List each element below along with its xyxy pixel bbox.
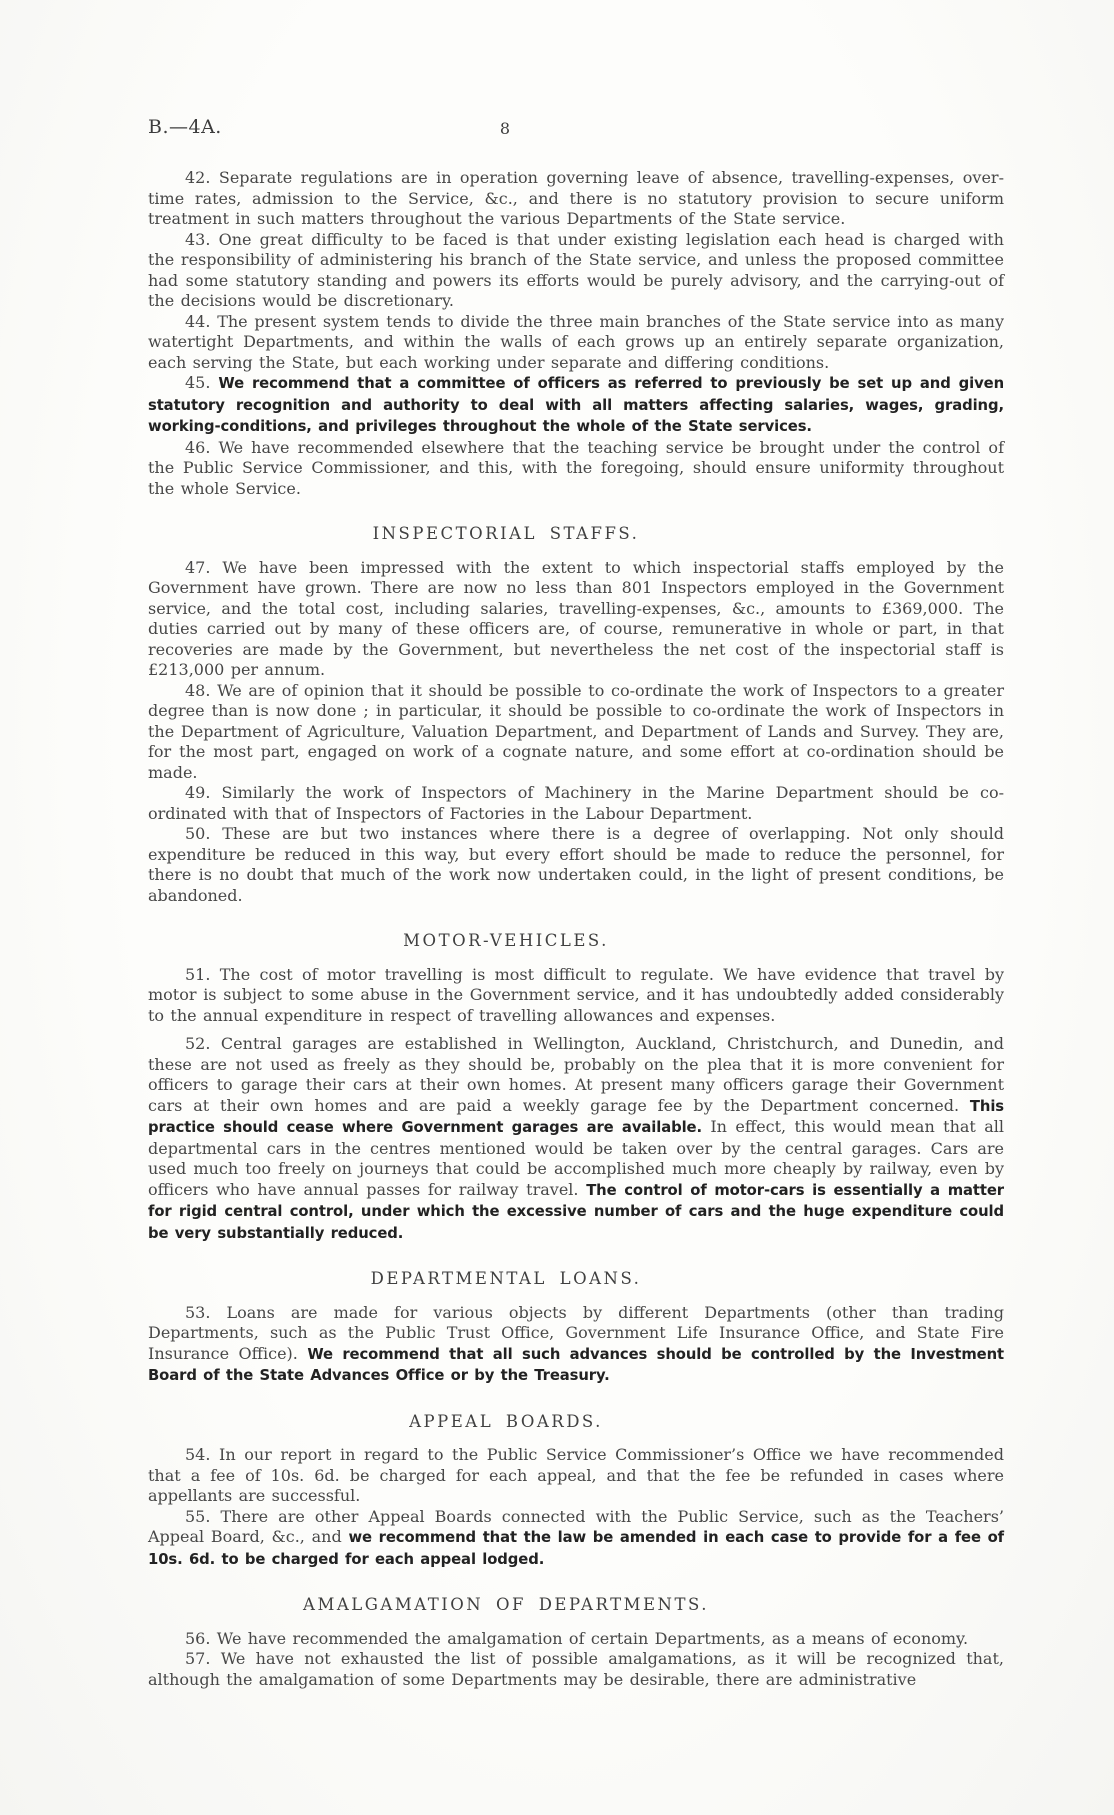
paragraph-50: 50. These are but two instances where th… [148, 824, 1004, 906]
paragraph-53: 53. Loans are made for various objects b… [148, 1303, 1004, 1387]
document-page: B.—4A. 8 42. Separate regulations are in… [0, 0, 1114, 1815]
paragraph-46: 46. We have recommended elsewhere that t… [148, 438, 1004, 500]
body-text: 44. The present system tends to divide t… [148, 312, 1004, 372]
body-text: 51. The cost of motor travelling is most… [148, 965, 1004, 1025]
paragraph-56: 56. We have recommended the amalgamation… [148, 1629, 1004, 1650]
paragraph-54: 54. In our report in regard to the Publi… [148, 1445, 1004, 1507]
body-text: 52. Central garages are established in W… [148, 1034, 1004, 1115]
paragraph-47: 47. We have been impressed with the exte… [148, 558, 1004, 681]
paragraph-49: 49. Similarly the work of Inspectors of … [148, 783, 1004, 824]
section-heading-inspectorial-staffs: INSPECTORIAL STAFFS. [78, 524, 934, 545]
body-text: 42. Separate regulations are in operatio… [148, 168, 1004, 228]
body-text: 48. We are of opinion that it should be … [148, 681, 1004, 782]
paragraph-57: 57. We have not exhausted the list of po… [148, 1649, 1004, 1690]
paragraph-43: 43. One great difficulty to be faced is … [148, 230, 1004, 312]
body-text: 45. [185, 373, 218, 392]
body-text: 50. These are but two instances where th… [148, 824, 1004, 905]
section-heading-motor-vehicles: MOTOR-VEHICLES. [78, 931, 934, 952]
body-text: 56. We have recommended the amalgamation… [185, 1629, 968, 1648]
paragraph-52: 52. Central garages are established in W… [148, 1034, 1004, 1244]
bold-recommendation-text: We recommend that a committee of officer… [148, 375, 1004, 435]
paragraph-44: 44. The present system tends to divide t… [148, 312, 1004, 374]
body-text: 46. We have recommended elsewhere that t… [148, 438, 1004, 498]
body-text: 57. We have not exhausted the list of po… [148, 1649, 1004, 1689]
paragraph-48: 48. We are of opinion that it should be … [148, 681, 1004, 784]
section-heading-appeal-boards: APPEAL BOARDS. [78, 1412, 934, 1433]
paragraph-55: 55. There are other Appeal Boards connec… [148, 1507, 1004, 1571]
document-body: 42. Separate regulations are in operatio… [148, 168, 1004, 1690]
section-heading-departmental-loans: DEPARTMENTAL LOANS. [78, 1269, 934, 1290]
paragraph-42: 42. Separate regulations are in operatio… [148, 168, 1004, 230]
body-text: 54. In our report in regard to the Publi… [148, 1445, 1004, 1505]
body-text: 43. One great difficulty to be faced is … [148, 230, 1004, 311]
page-header: B.—4A. 8 [148, 116, 1004, 146]
paragraph-51: 51. The cost of motor travelling is most… [148, 965, 1004, 1027]
page-number: 8 [148, 119, 862, 138]
body-text: 47. We have been impressed with the exte… [148, 558, 1004, 680]
body-text: 49. Similarly the work of Inspectors of … [148, 783, 1004, 823]
section-heading-amalgamation-of-departments: AMALGAMATION OF DEPARTMENTS. [78, 1595, 934, 1616]
paragraph-45: 45. We recommend that a committee of off… [148, 373, 1004, 438]
